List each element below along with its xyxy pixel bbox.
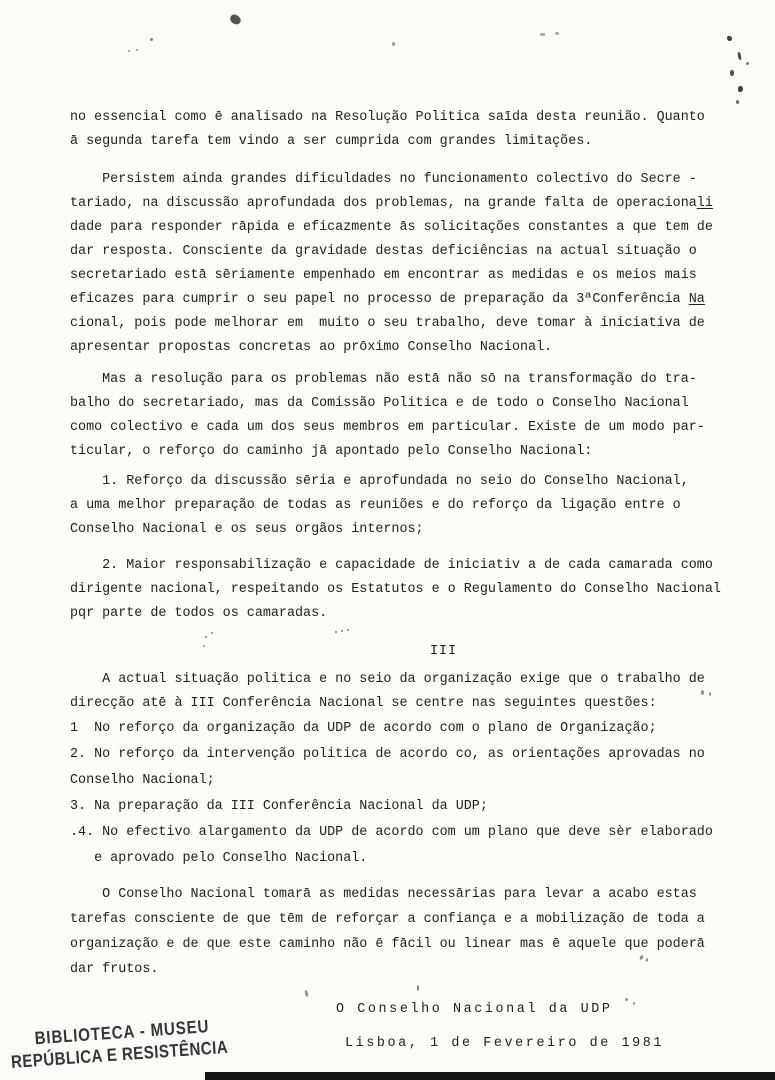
ink-speck (128, 50, 130, 52)
text-line: dade para responder rāpida e eficazmente… (70, 216, 750, 240)
paragraph-situacao: A actual situação politica e no seio da … (70, 668, 750, 716)
ink-speck (341, 630, 343, 632)
ink-speck (746, 62, 749, 65)
list-item: Conselho Nacional; (70, 768, 750, 794)
text-line: 1. Reforço da discussão sēria e aprofund… (70, 470, 750, 494)
text-line: O Conselho Nacional tomarā as medidas ne… (70, 882, 750, 907)
text-line: no essencial como ē analisado na Resoluç… (70, 106, 750, 130)
text-line: cional, pois pode melhorar em muito o se… (70, 312, 750, 336)
list-item: .4. No efectivo alargamento da UDP de ac… (70, 820, 750, 846)
ink-speck (540, 33, 545, 36)
paragraph-secretariado: Persistem ainda grandes dificuldades no … (70, 168, 750, 360)
text-line: balho do secretariado, mas da Comissão P… (70, 392, 750, 416)
text-line: tariado, na discussão aprofundada dos pr… (70, 192, 750, 216)
ink-speck (736, 100, 739, 104)
text-line: como colectivo e cada um dos seus membro… (70, 416, 750, 440)
ink-speck (150, 38, 153, 41)
text-line: ticular, o reforço do caminho jā apontad… (70, 440, 750, 464)
ink-speck (417, 985, 419, 991)
text-line: dirigente nacional, respeitando os Estat… (70, 578, 750, 602)
ink-speck (211, 632, 213, 634)
text-line: organização e de que este caminho não ē … (70, 932, 750, 957)
section-heading: III (70, 640, 750, 664)
paragraph-intro: no essencial como ē analisado na Resoluç… (70, 106, 750, 154)
text-line: dar resposta. Consciente da gravidade de… (70, 240, 750, 264)
text-line: Conselho Nacional e os seus orgãos inter… (70, 518, 750, 542)
library-stamp: BIBLIOTECA - MUSEU REPÚBLICA E RESISTÊNC… (9, 1011, 270, 1074)
document-body: no essencial como ē analisado na Resoluç… (70, 0, 750, 1056)
ink-speck (555, 32, 559, 35)
ink-speck (709, 692, 711, 696)
text-line: ā segunda tarefa tem vindo a ser cumprid… (70, 130, 750, 154)
text-line: eficazes para cumprir o seu papel no pro… (70, 288, 750, 312)
text-line: direcção atē à III Conferência Nacional … (70, 692, 750, 716)
scanned-document-page: no essencial como ē analisado na Resoluç… (0, 0, 775, 1080)
ink-speck (136, 49, 138, 51)
list-item: 3. Na preparação da III Conferência Naci… (70, 794, 750, 820)
list-item: e aprovado pelo Conselho Nacional. (70, 846, 750, 872)
text-line: A actual situação politica e no seio da … (70, 668, 750, 692)
ink-speck (727, 36, 732, 41)
paragraph-resolucao: Mas a resolução para os problemas não es… (70, 368, 750, 464)
list-item: 1 No reforço da organização da UDP de ac… (70, 716, 750, 742)
numbered-point-2: 2. Maior responsabilização e capacidade … (70, 554, 750, 626)
text-line: tarefas consciente de que tēm de reforça… (70, 907, 750, 932)
task-list: 1 No reforço da organização da UDP de ac… (70, 716, 750, 872)
text-line: Mas a resolução para os problemas não es… (70, 368, 750, 392)
numbered-point-1: 1. Reforço da discussão sēria e aprofund… (70, 470, 750, 542)
text-line: secretariado estā sēriamente empenhado e… (70, 264, 750, 288)
paragraph-conselho: O Conselho Nacional tomarā as medidas ne… (70, 882, 750, 982)
list-item: 2. No reforço da intervenção politica de… (70, 742, 750, 768)
text-line: Persistem ainda grandes dificuldades no … (70, 168, 750, 192)
ink-speck (347, 629, 349, 631)
ink-speck (335, 631, 337, 633)
ink-speck (701, 690, 704, 695)
text-line: a uma melhor preparação de todas as reun… (70, 494, 750, 518)
text-line: pqr parte de todos os camaradas. (70, 602, 750, 626)
text-line: dar frutos. (70, 957, 750, 982)
text-line: apresentar propostas concretas ao prōxim… (70, 336, 750, 360)
text-line: 2. Maior responsabilização e capacidade … (70, 554, 750, 578)
ink-speck (205, 636, 207, 638)
scan-edge-bar (205, 1072, 775, 1080)
ink-speck (392, 42, 395, 46)
ink-speck (203, 645, 205, 647)
ink-speck (730, 70, 734, 76)
ink-speck (625, 998, 628, 1001)
ink-speck (633, 1002, 635, 1005)
